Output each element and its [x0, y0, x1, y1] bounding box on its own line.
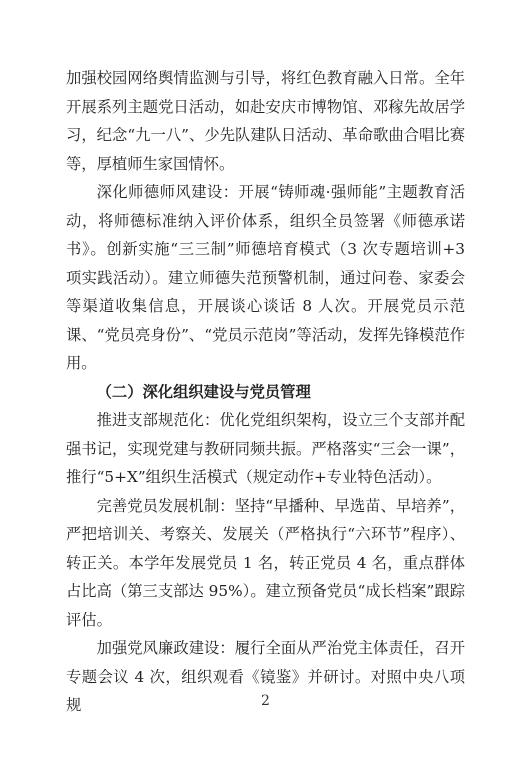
document-page: 加强校园网络舆情监测与引导，将红色教育融入日常。全年开展系列主题党日活动，如赴安… [0, 0, 531, 768]
page-number: 2 [0, 692, 531, 710]
paragraph-continuation: 加强校园网络舆情监测与引导，将红色教育融入日常。全年开展系列主题党日活动，如赴安… [66, 64, 465, 178]
paragraph-member-development: 完善党员发展机制：坚持“早播种、早选苗、早培养”，严把培训关、考察关、发展关（严… [66, 492, 465, 635]
paragraph-teacher-ethics: 深化师德师风建设：开展“铸师魂·强师能”主题教育活动，将师德标准纳入评价体系，组… [66, 178, 465, 378]
document-text-body: 加强校园网络舆情监测与引导，将红色教育融入日常。全年开展系列主题党日活动，如赴安… [66, 64, 465, 720]
paragraph-branch-standardization: 推进支部规范化：优化党组织架构，设立三个支部并配强书记，实现党建与教研同频共振。… [66, 406, 465, 492]
section-heading: （二）深化组织建设与党员管理 [66, 378, 465, 407]
